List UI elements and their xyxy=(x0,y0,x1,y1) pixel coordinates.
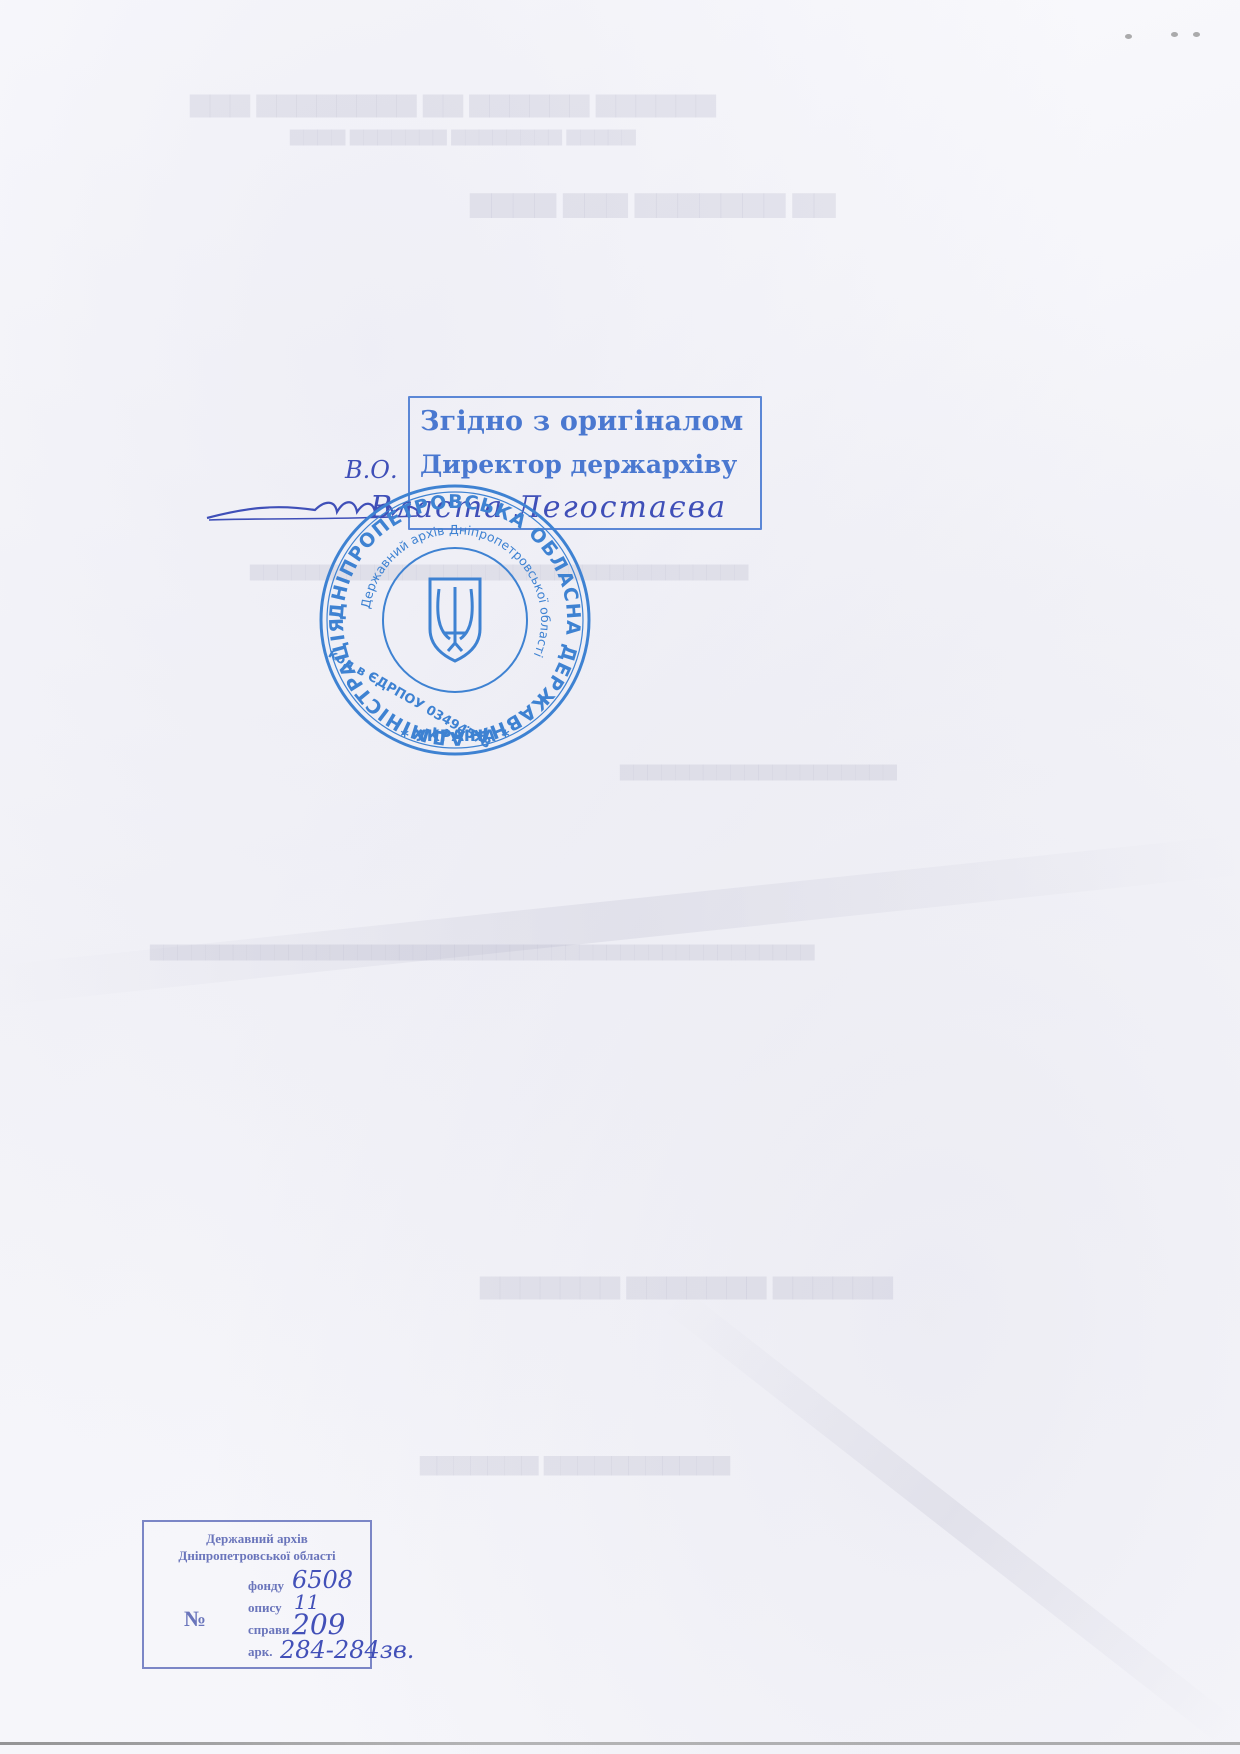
bleed-through-text: ▆▆▆▆ ▆▆▆▆▆▆▆ ▆▆▆▆▆▆▆▆ ▆▆▆▆▆ xyxy=(290,125,636,146)
fond-label: фонду xyxy=(248,1578,284,1594)
staple-marks xyxy=(1125,28,1235,48)
handwritten-acting-prefix: В.О. xyxy=(345,456,398,484)
bleed-through-text: ▆▆▆ ▆▆▆▆▆▆▆▆ ▆▆ ▆▆▆▆▆▆ ▆▆▆▆▆▆ xyxy=(190,88,716,118)
bleed-through-text: ▆▆▆▆ ▆▆▆ ▆▆▆▆▆▆▆ ▆▆ xyxy=(470,185,836,219)
round-seal: ДНІПРОПЕТРОВСЬКА ОБЛАСНА ДЕРЖАВНА АДМІНІ… xyxy=(318,483,592,757)
document-page: ▆▆▆ ▆▆▆▆▆▆▆▆ ▆▆ ▆▆▆▆▆▆ ▆▆▆▆▆▆ ▆▆▆▆ ▆▆▆▆▆… xyxy=(0,0,1240,1754)
archive-title: Державний архів Дніпропетровської област… xyxy=(144,1530,370,1564)
trident-icon xyxy=(430,579,480,661)
sheets-value: 284-284зв. xyxy=(280,1636,414,1664)
archive-reference-stamp: Державний архів Дніпропетровської област… xyxy=(142,1520,372,1669)
seal-bottom-text: * УКРАЇНА * xyxy=(400,726,510,745)
bleed-through-text: ▆▆▆▆▆▆▆ ▆▆▆▆▆▆▆▆▆▆▆ xyxy=(420,1450,730,1476)
certification-title: Згідно з оригіналом xyxy=(420,406,743,437)
archive-title-line1: Державний архів xyxy=(144,1530,370,1547)
certification-position: Директор держархіву xyxy=(420,450,737,479)
paper-crease xyxy=(1,835,1238,1004)
bleed-through-text: ▆▆▆▆▆▆▆▆▆▆▆▆▆▆▆▆▆▆▆▆ xyxy=(620,760,897,781)
archive-title-line2: Дніпропетровської області xyxy=(144,1547,370,1564)
scan-edge xyxy=(0,1742,1240,1745)
paper-crease xyxy=(665,1288,1235,1743)
sheets-label: арк. xyxy=(248,1644,272,1660)
opys-label: опису xyxy=(248,1600,282,1616)
bleed-through-text: ▆▆▆▆▆▆▆▆▆▆▆▆▆▆▆▆▆▆▆▆▆▆▆▆▆▆▆▆▆▆▆▆▆▆▆▆▆▆▆▆… xyxy=(150,940,814,961)
number-sign: № xyxy=(184,1606,206,1632)
bleed-through-text: ▆▆▆▆▆▆▆ ▆▆▆▆▆▆▆ ▆▆▆▆▆▆ xyxy=(480,1270,893,1300)
